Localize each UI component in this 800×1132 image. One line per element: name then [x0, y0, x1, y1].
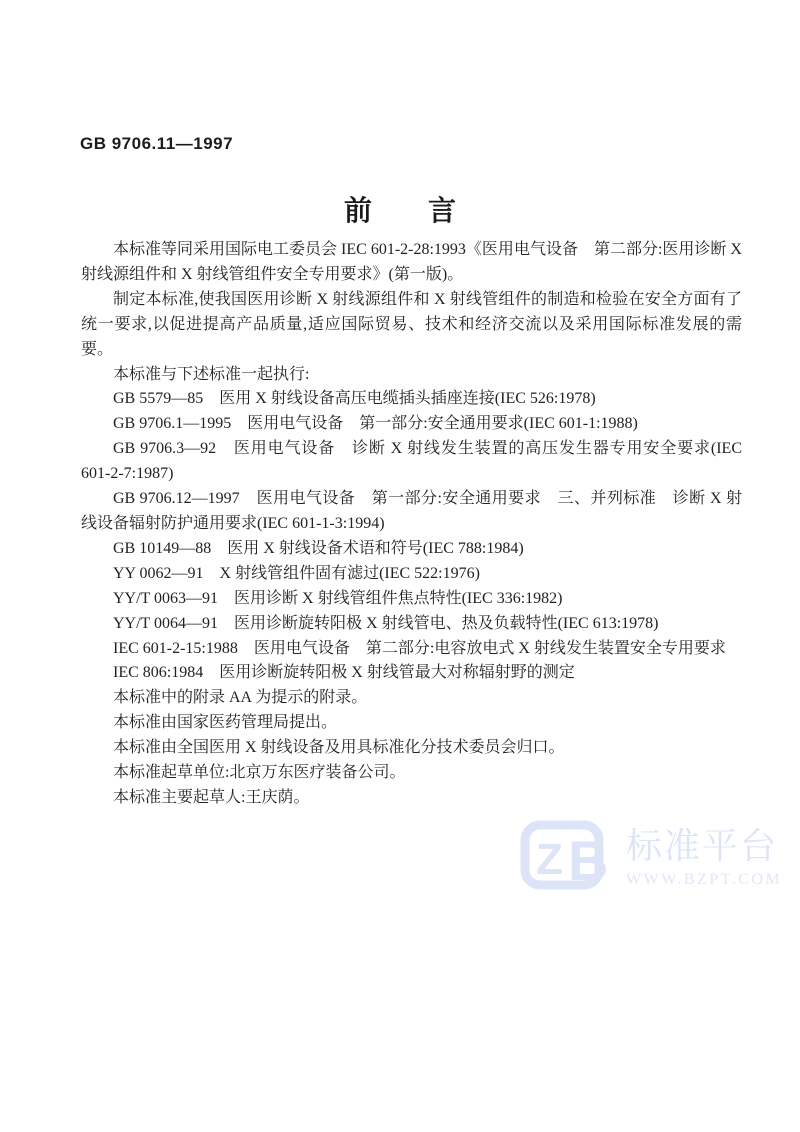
referenced-standard: GB 10149—88 医用 X 射线设备术语和符号(IEC 788:1984) — [81, 537, 742, 562]
referenced-standard: GB 9706.12—1997 医用电气设备 第一部分:安全通用要求 三、并列标… — [81, 487, 742, 537]
referenced-standard: YY/T 0063—91 医用诊断 X 射线管组件焦点特性(IEC 336:19… — [81, 587, 742, 612]
logo-letter-b: B — [568, 829, 608, 890]
referenced-standard: IEC 806:1984 医用诊断旋转阳极 X 射线管最大对称辐射野的测定 — [81, 661, 742, 686]
paragraph-drafter: 本标准主要起草人:王庆荫。 — [81, 786, 742, 811]
referenced-standard: IEC 601-2-15:1988 医用电气设备 第二部分:电容放电式 X 射线… — [81, 637, 742, 662]
standard-code: GB 9706.11—1997 — [80, 134, 233, 154]
paragraph-centralized-by: 本标准由全国医用 X 射线设备及用具标准化分技术委员会归口。 — [81, 736, 742, 761]
document-page: GB 9706.11—1997 前 言 本标准等同采用国际电工委员会 IEC 6… — [0, 0, 800, 1132]
bzpt-logo-icon: Z B — [520, 820, 616, 890]
page-title: 前 言 — [0, 189, 800, 229]
paragraph-drafting-org: 本标准起草单位:北京万东医疗装备公司。 — [81, 761, 742, 786]
referenced-standard: GB 9706.3—92 医用电气设备 诊断 X 射线发生装置的高压发生器专用安… — [81, 437, 742, 487]
paragraph-annex-note: 本标准中的附录 AA 为提示的附录。 — [81, 686, 742, 711]
watermark: Z B 标准平台 WWW.BZPT.COM — [520, 820, 782, 890]
paragraph-purpose: 制定本标准,使我国医用诊断 X 射线源组件和 X 射线管组件的制造和检验在安全方… — [81, 288, 742, 363]
watermark-url: WWW.BZPT.COM — [626, 871, 782, 889]
paragraph-list-lead: 本标准与下述标准一起执行: — [81, 363, 742, 388]
paragraph-intro: 本标准等同采用国际电工委员会 IEC 601-2-28:1993《医用电气设备 … — [81, 238, 742, 288]
referenced-standard: YY/T 0064—91 医用诊断旋转阳极 X 射线管电、热及负载特性(IEC … — [81, 612, 742, 637]
document-body: 本标准等同采用国际电工委员会 IEC 601-2-28:1993《医用电气设备 … — [81, 238, 742, 811]
logo-letter-z: Z — [536, 835, 563, 884]
watermark-brand: 标准平台 — [626, 826, 782, 866]
watermark-text: 标准平台 WWW.BZPT.COM — [626, 820, 782, 889]
referenced-standard: YY 0062—91 X 射线管组件固有滤过(IEC 522:1976) — [81, 562, 742, 587]
referenced-standard: GB 9706.1—1995 医用电气设备 第一部分:安全通用要求(IEC 60… — [81, 412, 742, 437]
referenced-standard: GB 5579—85 医用 X 射线设备高压电缆插头插座连接(IEC 526:1… — [81, 387, 742, 412]
paragraph-proposed-by: 本标准由国家医药管理局提出。 — [81, 711, 742, 736]
